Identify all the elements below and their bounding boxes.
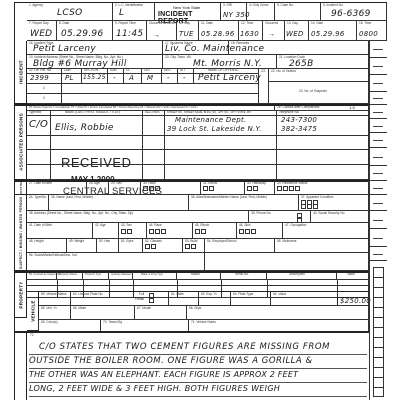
ethnic-checkboxes <box>195 229 207 234</box>
race-checkboxes <box>149 229 167 234</box>
exp-yr-label: 62. Exp. Yr. <box>201 293 217 297</box>
narrative-label: 72. <box>30 334 34 338</box>
suspect-employer-field: 54. Employer/School <box>205 239 275 253</box>
suspect-age-label: 42. Age <box>95 224 106 228</box>
victim-residence-field: 33. Residence Status <box>275 181 369 195</box>
build-checkboxes <box>185 244 197 249</box>
suspect-race-label: 44. Race <box>149 224 162 228</box>
suspect-sex-field: 43. Sex <box>119 223 147 239</box>
col-person-phone: Telephone No. <box>279 111 300 115</box>
suspect-weight-field: 49. Weight <box>67 239 97 253</box>
state-label: 61. State <box>171 293 184 297</box>
victim-age-label: 28. Age <box>89 182 100 186</box>
suspect-phone-field: 39. Phone No. <box>249 211 311 223</box>
section-associated-persons-label: ASSOCIATED PERSONS <box>18 113 23 171</box>
no-suspects-label: 23. No. of Suspects <box>299 90 327 94</box>
suspect-dob-label: 41. Date of Birth <box>29 224 52 228</box>
check-cell <box>369 58 387 75</box>
offense-name-value: Petit Larceny <box>198 73 261 83</box>
col-person-address: STREET NO., STREET NAME, BLDG. NO., APT.… <box>167 111 251 115</box>
suspect-type-label: 34. Type/No. <box>29 196 47 200</box>
incident-report-form: 1. Agency LCSO 2. L.C. Identification L … <box>14 2 387 400</box>
check-cell <box>369 92 387 105</box>
col-cl: CL <box>126 69 130 73</box>
check-cell <box>369 75 387 92</box>
suspect-eyes-field: 51. Eyes <box>119 239 143 253</box>
sex-checkboxes <box>121 229 133 234</box>
agency-value: LCSO <box>57 8 82 18</box>
suspect-glasses-field: 52. Glasses <box>143 239 183 253</box>
suspect-weight-label: 49. Weight <box>69 240 84 244</box>
suspect-ssn-field: 40. Social Security No. <box>311 211 369 223</box>
section-narrative <box>15 332 27 400</box>
person-phone2: 382-3475 <box>281 125 317 133</box>
att-value: - <box>183 74 186 82</box>
section-suspect: SUSPECT / MISSING / WANTED PERSON <box>15 195 27 271</box>
skin-checkboxes <box>239 229 257 234</box>
suspect-extra-field <box>205 253 369 271</box>
occurred-day-to-field: 13. Day WED <box>285 21 309 41</box>
occurred-and-label: Occurred <box>265 22 278 26</box>
occurred-day-from-field: 10. Day TUE <box>177 21 199 41</box>
received-stamp: RECEIVED <box>61 155 131 170</box>
suspect-race-field: 44. Race <box>147 223 193 239</box>
col-sub: SUB <box>110 69 117 73</box>
section-property: PROPERTY <box>15 272 27 318</box>
suspect-type-field: 34. Type/No. <box>27 195 49 211</box>
incident-no-value: 96-6369 <box>331 9 371 19</box>
residence-checkboxes <box>277 186 301 191</box>
form-title-block: New York State INCIDENT REPORT <box>155 3 221 21</box>
license-plate-label: 60. License Plate No. <box>73 293 103 297</box>
table-row: C/O Ellis, Robbie Maintenance Dept. 39 L… <box>27 116 369 136</box>
remarks-label: 18. Remarks <box>231 42 249 46</box>
incident-type-field: 16. Incident Type Petit Larceny <box>27 41 163 55</box>
incident-no-field: 6. Incident No. 96-6369 <box>321 3 387 21</box>
col-prop-description: Description <box>289 273 305 277</box>
occurred-time-from-field: 12. Time 1630 <box>239 21 263 41</box>
phone-checkboxes <box>297 213 303 223</box>
victim-sex-field: 29. Sex <box>109 181 141 195</box>
section-suspect-label: SUSPECT / MISSING / WANTED PERSON <box>19 197 23 269</box>
person-phone1: 243-7300 <box>281 116 317 124</box>
no-victims-label: 22. No. of Victims <box>271 70 296 74</box>
section-associated-persons: ASSOCIATED PERSONS <box>15 105 27 180</box>
occurred-date-to-field: 14. Date 05.29.96 <box>309 21 357 41</box>
occurred-date-to-label: 14. Date <box>311 22 323 26</box>
location-code-value: 265B <box>289 59 314 69</box>
occurred-arrow-field: Occurred → <box>263 21 285 41</box>
check-cell <box>369 133 387 148</box>
agency-field: 1. Agency LCSO <box>27 3 113 21</box>
location-code-field: 21. Location Code 265B <box>277 55 369 69</box>
victim-dob-label: 27. Date of Birth <box>29 182 52 186</box>
section-victim-label: VICTIM <box>19 182 23 194</box>
occurred-between-label: Occurred Between <box>149 22 175 26</box>
plate-type-label: 63. Plate Type <box>233 293 253 297</box>
vehicle-status-label: 59. Vehicle Status <box>41 293 67 297</box>
arrow-right-icon: → <box>268 31 275 38</box>
vehicle-notes-label: 71. Vehicle Notes <box>191 321 216 325</box>
towed-by-label: 70. Towed By <box>103 321 122 325</box>
section-victim: VICTIM <box>15 181 27 195</box>
table-row: 2 <box>27 84 62 94</box>
report-day-value: WED <box>30 29 52 39</box>
suspect-scars-field: 56. Scars/Marks/Tattoos/Disc. Ind. <box>27 253 205 271</box>
off-ref-value: 2399 <box>30 74 49 82</box>
col-prop-model: Model <box>191 273 200 277</box>
report-day-label: 7. Report Day <box>29 22 49 26</box>
col-off-ref: 22. Off. Ref. No. <box>29 69 52 73</box>
suspect-skin-label: 46. Skin <box>239 224 251 228</box>
partial-checkbox[interactable] <box>149 298 154 303</box>
deg-value: - <box>167 74 170 82</box>
cl-value: A <box>129 74 134 82</box>
suspect-scars-label: 56. Scars/Marks/Tattoos/Disc. Ind. <box>29 254 77 258</box>
suspect-hair-label: 50. Hair <box>99 240 110 244</box>
style-label: 68. Style <box>189 307 201 311</box>
col-person-name: NAME (LAST, FIRST, MIDDLE, TITLE) <box>65 111 120 115</box>
incident-type-value: Petit Larceny <box>33 44 96 54</box>
suspect-age-field: 42. Age <box>93 223 119 239</box>
occurred-date-from-field: 11. Date 05.28.96 <box>199 21 239 41</box>
report-date-label: 8. Date <box>59 22 69 26</box>
report-date-field: 8. Date 05.29.96 <box>57 21 113 41</box>
incident-address-field: 19. Incident Address (Street No., Street… <box>27 55 163 69</box>
suspect-name-field: 35. Name (Last, First, Middle) <box>49 195 189 211</box>
lc-identification-value: L <box>119 8 124 18</box>
suspect-condition-field: 37. Apparent Condition <box>299 195 369 211</box>
check-cell <box>369 166 387 181</box>
check-cell <box>369 195 387 211</box>
narrative-block: 72. C/O STATES THAT TWO CEMENT FIGURES A… <box>27 332 369 400</box>
suspect-ethnic-label: 45. Ethnic <box>195 224 209 228</box>
suspect-address-field: 38. Address (Street No., Street Name, Bl… <box>27 211 249 223</box>
occurred-date-from-label: 11. Date <box>201 22 213 26</box>
remarks-field: 18. Remarks <box>229 41 369 55</box>
suspect-nickname-label: 55. Nickname <box>277 240 297 244</box>
occurred-between-field: Occurred Between → <box>147 21 177 41</box>
suspect-occupation-label: 47. Occupation <box>285 224 306 228</box>
table-row: 2399 <box>27 74 62 84</box>
report-time-value: 11:45 <box>116 29 143 39</box>
arrow-right-icon: → <box>153 32 160 39</box>
col-cat: CAT <box>144 69 150 73</box>
person-type-value: C/O <box>29 119 48 130</box>
suspect-sex-label: 43. Sex <box>121 224 132 228</box>
person-address-line1: Maintenance Dept. <box>175 116 247 124</box>
veh-yr-label: 65. Veh. Yr. <box>41 307 57 311</box>
col-deg: DEG <box>164 69 171 73</box>
narrative-line-2: OUTSIDE THE BOILER ROOM. ONE FIGURE WAS … <box>29 356 313 366</box>
victim-age-field: 28. Age <box>87 181 109 195</box>
narrative-line-1: C/O STATES THAT TWO CEMENT FIGURES ARE M… <box>39 342 330 352</box>
suspect-occupation-field: 47. Occupation <box>283 223 369 239</box>
no-suspects-field: 23. No. of Suspects <box>269 82 369 104</box>
col-prop-make: Make or Drug Type <box>141 273 163 277</box>
partial-label: Partial <box>135 298 144 302</box>
model-label: 67. Model <box>137 307 151 311</box>
suspect-build-field: 53. Build <box>183 239 205 253</box>
victim-ethnic-field: 31. Ethnic <box>201 181 245 195</box>
only-crime-label: 4. Only Crime <box>249 4 268 8</box>
victim-handicap-field: 32. Handicap <box>245 181 275 195</box>
ori-label: 3. ORI <box>223 4 232 8</box>
vehicle-value-label: 64. Value <box>273 293 286 297</box>
occurred-time-from-label: 12. Time <box>241 22 253 26</box>
suspect-height-field: 48. Height <box>27 239 67 253</box>
suspect-ethnic-field: 45. Ethnic <box>193 223 237 239</box>
ori-field: 3. ORI NY 350 <box>221 3 247 21</box>
occurred-date-from-value: 05.28.96 <box>201 30 235 38</box>
occurred-time-to-label: 15. Time <box>359 22 371 26</box>
occurred-day-from-value: TUE <box>179 30 194 38</box>
person-name-value: Ellis, Robbie <box>55 123 114 133</box>
cat-value: M <box>147 74 153 82</box>
suspect-hair-field: 50. Hair <box>97 239 119 253</box>
col-prop-type: Property Type <box>85 273 101 277</box>
col-prop-status: Property Status <box>59 273 77 277</box>
report-time-label: 9. Report Time <box>115 22 136 26</box>
section-incident-label: INCIDENT <box>18 60 23 84</box>
color-label: 69. Color(s) <box>41 321 58 325</box>
handicap-checkboxes <box>247 186 259 191</box>
check-cell <box>369 148 387 166</box>
section-incident: INCIDENT <box>15 41 27 104</box>
report-date-value: 05.29.96 <box>61 29 103 39</box>
ori-value: NY 350 <box>223 11 250 19</box>
suspect-alias-field: 36. Alias/Nickname/Maiden Name (Last, Fi… <box>189 195 299 211</box>
person-address-line2: 39 Lock St. Lakeside N.Y. <box>167 125 262 133</box>
col-law: LAW <box>64 69 71 73</box>
col-prop-serial: Serial No. <box>235 273 249 277</box>
victim-race-field: 30. Race <box>141 181 201 195</box>
col-code: CS <box>261 70 265 74</box>
lc-identification-field: 2. L.C. Identification L <box>113 3 155 21</box>
occurred-time-from-value: 1630 <box>240 30 259 38</box>
sub-value: - <box>113 74 116 82</box>
report-day-field: 7. Report Day WED <box>27 21 57 41</box>
race-checkboxes <box>143 186 161 191</box>
suspect-employer-label: 54. Employer/School <box>207 240 236 244</box>
check-cell <box>369 105 387 119</box>
only-crime-field: 4. Only Crime <box>247 3 275 21</box>
check-cell <box>369 181 387 195</box>
occurred-day-to-label: 13. Day <box>287 22 298 26</box>
section-value: 155.25 <box>83 74 106 81</box>
ethnic-checkboxes <box>203 186 215 191</box>
suspect-alias-label: 36. Alias/Nickname/Maiden Name (Last, Fi… <box>191 196 267 200</box>
suspect-phone-label: 39. Phone No. <box>251 212 271 216</box>
vehicle-block: 59. Vehicle Status 60. License Plate No.… <box>39 291 369 332</box>
business-name-field: 17. Business Name Liv. Co. Maintenance <box>163 41 229 55</box>
report-time-field: 9. Report Time 11:45 <box>113 21 147 41</box>
check-cell <box>369 247 387 261</box>
incident-no-label: 6. Incident No. <box>323 4 344 8</box>
check-cell <box>369 119 387 133</box>
offense-table: 22. Off. Ref. No. LAW SECTION SUB CL CAT… <box>27 69 369 104</box>
off-ref-row3: 3 <box>43 97 45 101</box>
city-town-label: 20. City, Town, Vill. <box>165 56 192 60</box>
occurred-time-to-value: 0800 <box>359 30 378 38</box>
condition-checkboxes-2 <box>301 204 319 209</box>
narrative-line-3: THE OTHER WAS AN ELEPHANT. EACH FIGURE I… <box>29 370 298 379</box>
victim-dob-field: 27. Date of Birth <box>27 181 87 195</box>
suspect-nickname-field: 55. Nickname <box>275 239 369 253</box>
law-value: PL <box>65 74 74 82</box>
occurred-time-to-field: 15. Time 0800 <box>357 21 387 41</box>
col-att: ATT <box>180 69 186 73</box>
off-ref-row2: 2 <box>43 87 45 91</box>
suspect-name-label: 35. Name (Last, First, Middle) <box>51 196 93 200</box>
occurred-day-to-value: WED <box>286 30 304 38</box>
col-person-dob: Date of Birth <box>145 111 159 115</box>
suspect-ssn-label: 40. Social Security No. <box>313 212 345 216</box>
contact-after-value: 1-9 <box>349 105 355 110</box>
check-cell <box>369 211 387 229</box>
col-person-type: Type/Ind <box>29 111 41 115</box>
suspect-skin-field: 46. Skin <box>237 223 283 239</box>
check-cell <box>369 41 387 58</box>
narrative-line-4: LONG, 2 FEET WIDE & 3 FEET HIGH. BOTH FI… <box>29 384 280 393</box>
make-label: 66. Make <box>73 307 86 311</box>
city-town-field: 20. City, Town, Vill. Mt. Morris N.Y. <box>163 55 277 69</box>
check-strip <box>369 261 387 400</box>
agency-label: 1. Agency <box>29 4 43 8</box>
section-property-label: PROPERTY <box>18 281 23 308</box>
suspect-height-label: 48. Height <box>29 240 44 244</box>
check-cell <box>369 229 387 247</box>
suspect-eyes-label: 51. Eyes <box>121 240 133 244</box>
case-field: 5. Case No. <box>275 3 321 21</box>
no-victims-field: 22. No. of Victims <box>269 69 369 82</box>
table-row: 3 <box>27 94 62 104</box>
state-name: New York State <box>173 5 200 10</box>
col-prop-value: Value <box>347 273 355 277</box>
victim-sex-label: 29. Sex <box>111 182 122 186</box>
col-section: SECTION <box>84 69 98 73</box>
case-label: 5. Case No. <box>277 4 294 8</box>
occurred-date-to-value: 05.29.96 <box>311 30 345 38</box>
col-prop-quantity: Quantity Measure <box>111 273 131 277</box>
glasses-checkboxes <box>145 244 157 249</box>
suspect-address-label: 38. Address (Street No., Street Name, Bl… <box>29 212 133 216</box>
suspect-dob-field: 41. Date of Birth <box>27 223 93 239</box>
occurred-day-from-label: 10. Day <box>179 22 190 26</box>
